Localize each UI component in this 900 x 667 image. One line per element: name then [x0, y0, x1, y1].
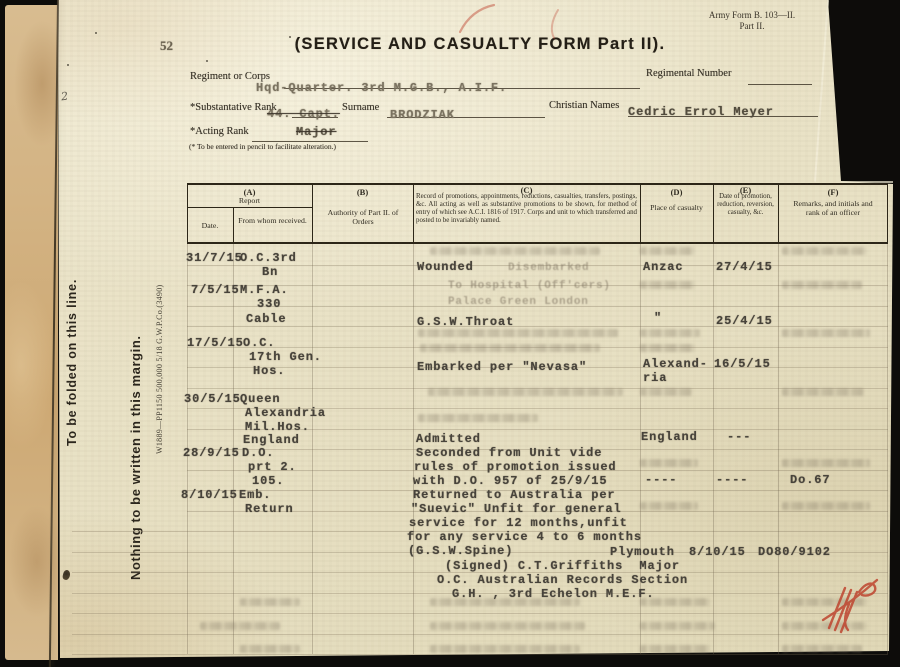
ghost-smudge: [640, 502, 698, 510]
col-divider-date-from: [233, 208, 234, 244]
typed-entry-line: DO80/9102: [758, 546, 831, 558]
grid-row-line: [187, 326, 888, 327]
col-d-text: Place of casualty: [644, 203, 709, 212]
ghost-smudge: [782, 281, 862, 289]
grid-column-line: [887, 244, 888, 654]
ghost-smudge: [782, 459, 870, 467]
typed-entry-line: 27/4/15: [716, 261, 773, 273]
typed-entry-line: Alexand-: [643, 358, 708, 370]
typed-entry-line: 7/5/15: [191, 284, 240, 296]
typed-entry-line: Return: [245, 503, 294, 515]
typed-entry-line: M.F.A.: [240, 284, 289, 296]
typed-entry-line: ----: [716, 474, 748, 486]
regiment-value: Hqd-Quarter. 3rd M.G.B., A.I.F.: [256, 82, 507, 94]
printer-code: W1889—PP1150 500,000 5/18 G.W.P.Co.(3490…: [156, 218, 164, 454]
typed-entry-line: 330: [257, 298, 281, 310]
typed-entry-line: (G.S.W.Spine): [408, 545, 513, 557]
ghost-smudge: [640, 281, 695, 289]
typed-entry-line: Emb.: [239, 489, 271, 501]
typed-entry-line: Cable: [246, 313, 287, 325]
ghost-smudge: [782, 247, 867, 255]
col-a-from-label: From whom received.: [235, 216, 310, 225]
ghost-text-line: To Hospital (Off'cers): [448, 281, 611, 292]
typed-entry-line: ---: [727, 431, 751, 443]
typed-entry-line: G.S.W.Throat: [417, 316, 514, 328]
typed-entry-line: Do.67: [790, 474, 831, 486]
typed-entry-line: for any service 4 to 6 months: [407, 531, 642, 543]
typed-entry-line: 17/5/15: [187, 337, 244, 349]
typed-entry-line: England: [641, 431, 698, 443]
substantive-rank-label: *Substantative Rank: [190, 103, 277, 114]
grid-column-line: [713, 244, 714, 654]
typed-entry-line: 17th Gen.: [249, 351, 322, 363]
army-form-reference: Army Form B. 103—II. Part II.: [693, 10, 811, 33]
grid-row-line: [72, 654, 888, 655]
ghost-smudge: [200, 622, 280, 630]
ghost-smudge: [418, 414, 538, 422]
typed-entry-line: 31/7/15: [186, 252, 243, 264]
ghost-smudge: [240, 598, 300, 606]
pencil-page-note: 2: [60, 90, 69, 104]
ghost-smudge: [640, 388, 692, 396]
grid-column-line: [312, 244, 313, 654]
typed-entry-line: Anzac: [643, 261, 684, 273]
regimental-number-rule: [748, 84, 812, 85]
ghost-smudge: [782, 502, 870, 510]
col-b-text: Authority of Part II. of Orders: [318, 208, 408, 226]
typed-entry-line: Alexandria: [245, 407, 326, 419]
ghost-smudge: [420, 344, 600, 352]
ghost-smudge: [418, 329, 618, 337]
typed-entry-line: 30/5/15: [184, 393, 241, 405]
typed-entry-line: rules of promotion issued: [414, 461, 617, 473]
grid-column-line: [778, 244, 779, 654]
ink-speck: [206, 60, 208, 62]
typed-entry-line: 8/10/15: [181, 489, 238, 501]
typed-entry-line: Hos.: [253, 365, 285, 377]
col-a-date-label: Date.: [187, 221, 233, 230]
ghost-smudge: [428, 388, 623, 396]
ghost-smudge: [640, 459, 698, 467]
typed-entry-line: Plymouth: [610, 546, 675, 558]
typed-entry-line: service for 12 months,unfit: [409, 517, 628, 529]
page-number: 52: [160, 39, 173, 52]
col-c-text: Record of promotions, appointments, redu…: [416, 193, 637, 225]
typed-entry-line: O.C.3rd: [240, 252, 297, 264]
table-header-bottom-border: [187, 242, 888, 244]
margin-fold-instruction: To be folded on this line.: [66, 236, 79, 446]
ghost-smudge: [640, 645, 710, 653]
ghost-smudge: [430, 622, 585, 630]
typed-entry-line: "Suevic" Unfit for general: [411, 503, 622, 515]
typed-entry-line: (Signed) C.T.Griffiths Major: [445, 560, 680, 572]
typed-entry-line: 8/10/15: [689, 546, 746, 558]
typed-entry-line: O.C. Australian Records Section: [437, 574, 688, 586]
acting-rank-label: *Acting Rank: [190, 127, 249, 138]
red-signature-mark: [815, 570, 885, 640]
typed-entry-line: Admitted: [416, 433, 481, 445]
typed-entry-line: 28/9/15: [183, 447, 240, 459]
army-form-reference-line1: Army Form B. 103—II.: [693, 10, 811, 21]
ghost-smudge: [240, 645, 300, 653]
typed-entry-line: 16/5/15: [714, 358, 771, 370]
ghost-smudge: [640, 247, 695, 255]
typed-entry-line: D.O.: [242, 447, 274, 459]
typed-entry-line: Wounded: [417, 261, 474, 273]
col-b-tag: (B): [312, 187, 413, 197]
substantive-rank-value: 44. Capt.: [267, 108, 340, 120]
typed-entry-line: prt 2.: [248, 461, 297, 473]
typed-entry-line: England: [243, 434, 300, 446]
ink-speck: [289, 36, 291, 38]
col-f-text: Remarks, and initials and rank of an off…: [786, 199, 880, 217]
scanned-service-casualty-form: To be folded on this line. Nothing to be…: [0, 0, 900, 667]
ink-speck: [95, 32, 97, 34]
ghost-smudge: [640, 622, 715, 630]
pencil-footnote: (* To be entered in pencil to facilitate…: [189, 143, 336, 151]
col-e-text: Date of promotion, reduction, reversion,…: [717, 193, 774, 217]
typed-entry-line: G.H. , 3rd Echelon M.E.F.: [452, 588, 655, 600]
grid-row-line: [72, 613, 888, 614]
typed-entry-line: Bn: [262, 266, 278, 278]
col-a-title: Report: [187, 196, 312, 205]
ghost-smudge: [430, 247, 600, 255]
ghost-smudge: [782, 388, 864, 396]
typed-entry-line: Queen: [240, 393, 281, 405]
christian-names-label: Christian Names: [549, 101, 619, 112]
typed-entry-line: Embarked per "Nevasa": [417, 361, 587, 373]
typed-entry-line: 25/4/15: [716, 315, 773, 327]
grid-row-line: [72, 634, 888, 635]
ink-speck: [67, 64, 69, 66]
ghost-smudge: [430, 645, 580, 653]
col-f-tag: (F): [778, 187, 888, 197]
army-form-reference-line2: Part II.: [693, 21, 811, 32]
acting-rank-value: Major: [296, 126, 337, 138]
ghost-smudge: [782, 329, 870, 337]
typed-entry-line: Mil.Hos.: [245, 421, 310, 433]
ghost-smudge: [782, 645, 862, 653]
regimental-number-label: Regimental Number: [646, 69, 731, 80]
ghost-text-line: Palace Green London: [448, 297, 589, 308]
ghost-smudge: [640, 329, 700, 337]
ghost-smudge: [640, 344, 695, 352]
typed-entry-line: ria: [643, 372, 667, 384]
ghost-text-line: Disembarked: [508, 263, 589, 274]
red-pencil-stroke: [440, 2, 580, 42]
grid-column-line: [413, 244, 414, 654]
christian-names-value: Cedric Errol Meyer: [628, 106, 774, 118]
typed-entry-line: with D.O. 957 of 25/9/15: [413, 475, 607, 487]
col-d-tag: (D): [640, 187, 713, 197]
typed-entry-line: O.C.: [243, 337, 275, 349]
surname-label: Surname: [342, 103, 379, 114]
typed-entry-line: Seconded from Unit vide: [416, 447, 602, 459]
surname-value: BRODZIAK: [390, 109, 455, 121]
report-subheader-line: [187, 207, 312, 208]
typed-entry-line: Returned to Australia per: [413, 489, 616, 501]
typed-entry-line: ": [654, 312, 662, 324]
typed-entry-line: ----: [645, 474, 677, 486]
typed-entry-line: 105.: [252, 475, 284, 487]
